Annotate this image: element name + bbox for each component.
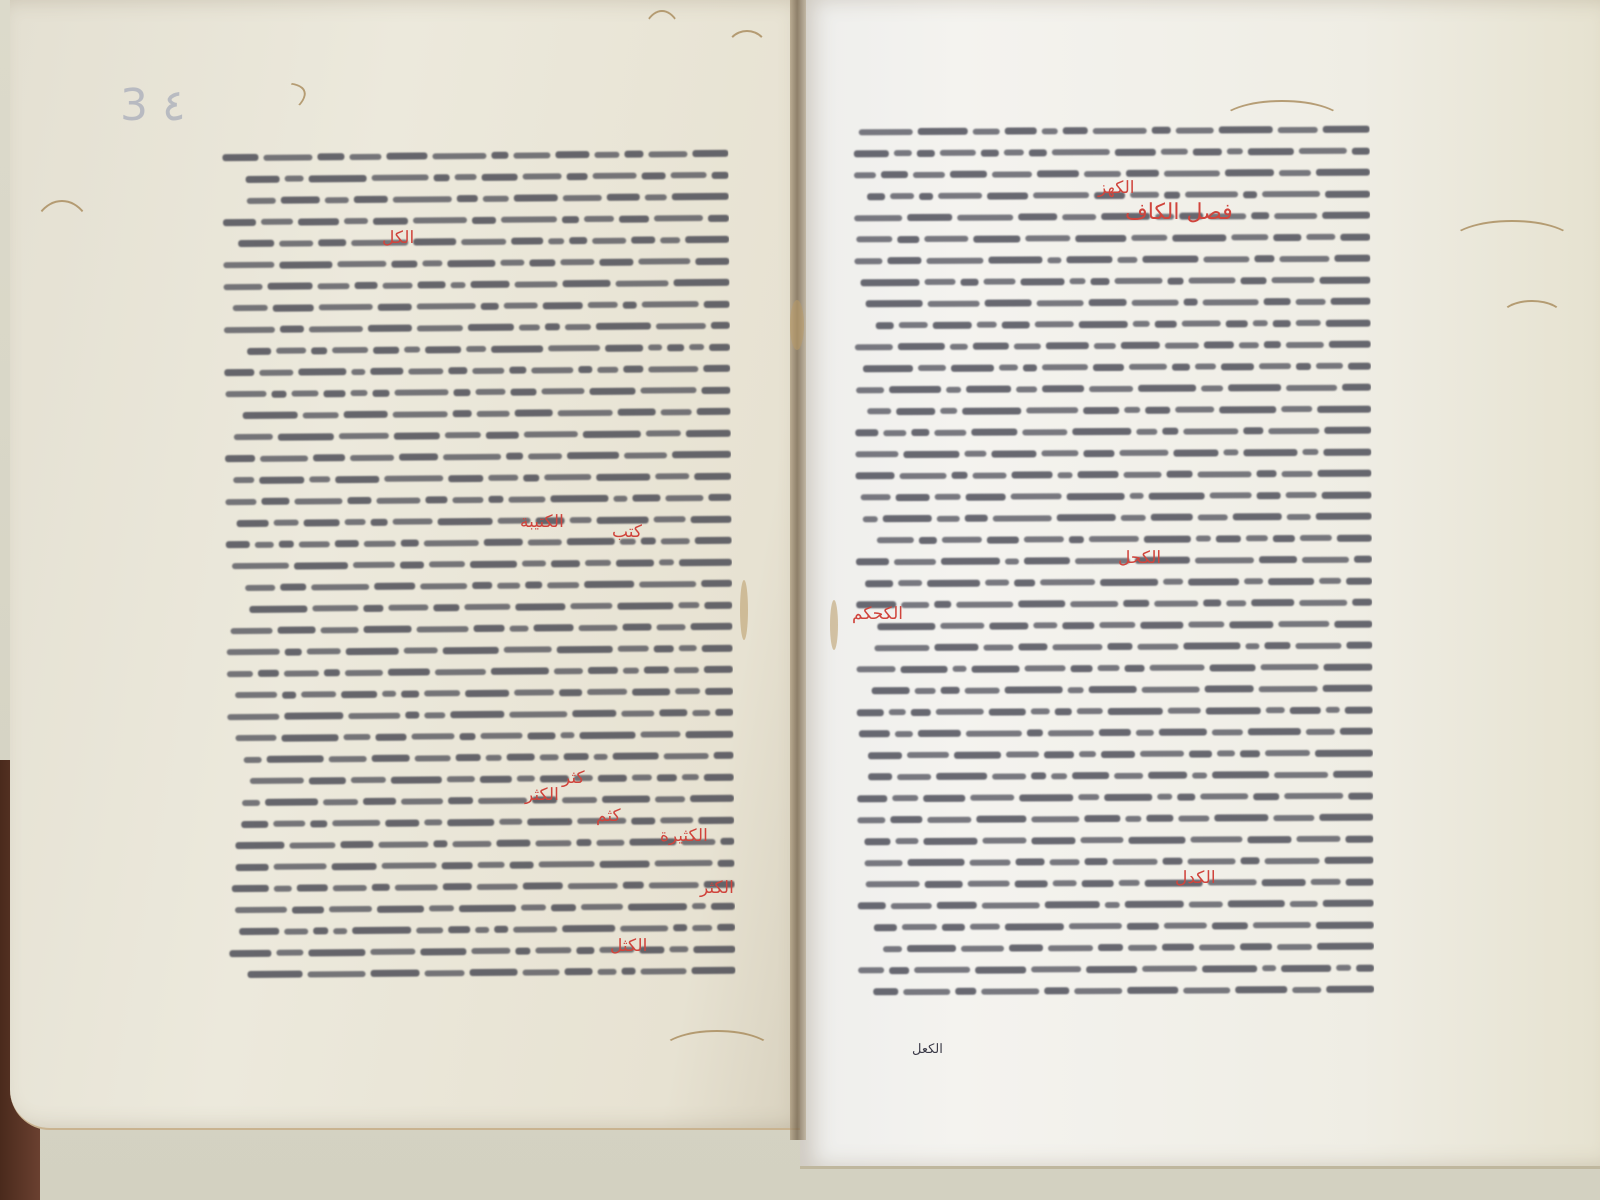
word-stroke (671, 172, 707, 178)
word-stroke (1279, 256, 1329, 262)
word-stroke (999, 365, 1018, 371)
word-stroke (547, 582, 579, 588)
word-stroke (623, 667, 639, 673)
word-stroke (491, 345, 543, 352)
word-stroke (363, 798, 396, 805)
word-stroke (333, 885, 367, 891)
word-stroke (592, 237, 626, 243)
word-stroke (1168, 708, 1201, 714)
word-stroke (1085, 858, 1108, 865)
word-stroke (966, 386, 1011, 393)
word-stroke (1243, 191, 1257, 198)
word-stroke (510, 625, 529, 631)
word-stroke (961, 945, 1004, 951)
word-stroke (1225, 169, 1274, 176)
word-stroke (669, 946, 688, 952)
word-stroke (527, 818, 572, 825)
word-stroke (1248, 148, 1294, 155)
word-stroke (1354, 556, 1372, 563)
word-stroke (923, 837, 977, 844)
word-stroke (237, 520, 269, 527)
word-stroke (386, 153, 427, 160)
word-stroke (1228, 900, 1285, 907)
word-stroke (1300, 535, 1332, 541)
word-stroke (321, 627, 359, 633)
word-stroke (1014, 579, 1035, 586)
word-stroke (1259, 686, 1318, 692)
word-stroke (1107, 643, 1132, 650)
word-stroke (1019, 794, 1073, 801)
word-stroke (510, 388, 536, 395)
word-stroke (1011, 494, 1062, 500)
word-stroke (859, 129, 913, 135)
word-stroke (227, 649, 280, 655)
word-stroke (927, 816, 971, 822)
word-stroke (867, 408, 891, 414)
word-stroke (1195, 364, 1216, 370)
word-stroke (528, 539, 562, 545)
word-stroke (227, 671, 253, 677)
word-stroke (982, 902, 1040, 908)
word-stroke (1075, 235, 1126, 242)
word-stroke (594, 754, 608, 760)
word-stroke (1053, 880, 1077, 886)
word-stroke (1326, 707, 1340, 713)
word-stroke (678, 602, 699, 608)
word-stroke (933, 321, 972, 328)
word-stroke (863, 516, 878, 522)
word-stroke (235, 692, 277, 698)
word-stroke (429, 561, 465, 567)
word-stroke (246, 175, 280, 182)
word-stroke (292, 906, 324, 913)
word-stroke (1251, 599, 1294, 606)
word-stroke (672, 193, 729, 200)
word-stroke (970, 795, 1014, 801)
word-stroke (1024, 537, 1064, 543)
word-stroke (420, 583, 467, 589)
manuscript-line (851, 441, 1371, 465)
word-stroke (1182, 321, 1221, 327)
word-stroke (874, 645, 929, 651)
word-stroke (895, 838, 918, 844)
word-stroke (897, 774, 931, 780)
word-stroke (682, 774, 699, 780)
word-stroke (1295, 643, 1341, 649)
word-stroke (1286, 492, 1317, 498)
rubric-word: الكثل (610, 936, 647, 956)
word-stroke (384, 476, 443, 483)
word-stroke (632, 688, 670, 695)
word-stroke (311, 584, 369, 591)
word-stroke (475, 927, 489, 933)
left-page-text-block (218, 143, 735, 987)
word-stroke (429, 905, 454, 911)
word-stroke (1235, 986, 1287, 993)
word-stroke (471, 948, 510, 954)
manuscript-line (853, 678, 1373, 702)
manuscript-line (854, 893, 1374, 917)
word-stroke (1221, 363, 1254, 370)
word-stroke (1058, 472, 1073, 478)
word-stroke (1074, 988, 1122, 994)
word-stroke (1346, 577, 1372, 584)
word-stroke (613, 495, 627, 501)
word-stroke (1154, 600, 1198, 606)
word-stroke (1132, 299, 1179, 305)
word-stroke (1316, 513, 1372, 520)
word-stroke (655, 796, 685, 802)
word-stroke (859, 730, 890, 737)
word-stroke (568, 883, 618, 889)
word-stroke (432, 153, 486, 159)
word-stroke (242, 800, 260, 806)
manuscript-line (854, 850, 1374, 874)
word-stroke (562, 216, 579, 223)
word-stroke (907, 752, 949, 758)
word-stroke (514, 195, 558, 202)
word-stroke (1094, 343, 1116, 349)
word-stroke (558, 410, 613, 416)
word-stroke (594, 151, 619, 157)
word-stroke (415, 755, 451, 761)
word-stroke (951, 364, 994, 371)
word-stroke (567, 452, 619, 459)
word-stroke (225, 391, 266, 397)
word-stroke (1189, 278, 1236, 284)
word-stroke (529, 259, 555, 266)
word-stroke (1077, 708, 1103, 714)
manuscript-line (852, 592, 1372, 616)
word-stroke (708, 215, 729, 222)
word-stroke (514, 690, 554, 696)
word-stroke (470, 560, 517, 567)
word-stroke (570, 517, 592, 523)
word-stroke (557, 646, 613, 653)
word-stroke (1115, 278, 1163, 284)
word-stroke (309, 175, 367, 183)
word-stroke (623, 624, 652, 631)
word-stroke (940, 408, 957, 414)
word-stroke (937, 516, 960, 522)
word-stroke (1178, 815, 1209, 821)
word-stroke (1282, 471, 1313, 477)
word-stroke (351, 369, 365, 375)
word-stroke (966, 730, 1022, 736)
book-gutter (790, 0, 806, 1140)
word-stroke (510, 861, 534, 868)
word-stroke (950, 171, 987, 178)
word-stroke (374, 583, 415, 590)
word-stroke (1268, 428, 1319, 434)
word-stroke (685, 731, 733, 738)
word-stroke (225, 499, 256, 505)
word-stroke (598, 969, 617, 975)
word-stroke (1089, 536, 1139, 542)
word-stroke (486, 431, 519, 438)
word-stroke (717, 924, 735, 931)
worm-track (30, 200, 94, 284)
word-stroke (258, 670, 279, 677)
word-stroke (447, 819, 494, 826)
word-stroke (628, 903, 687, 911)
word-stroke (310, 820, 327, 827)
word-stroke (567, 173, 588, 180)
word-stroke (1317, 405, 1371, 412)
word-stroke (1324, 427, 1371, 434)
word-stroke (659, 560, 674, 566)
word-stroke (1214, 814, 1268, 821)
word-stroke (260, 455, 308, 461)
word-stroke (1254, 255, 1274, 262)
word-stroke (543, 302, 583, 309)
word-stroke (417, 325, 463, 331)
word-stroke (504, 303, 538, 309)
word-stroke (596, 323, 651, 330)
word-stroke (225, 455, 255, 462)
word-stroke (372, 755, 410, 762)
word-stroke (1018, 644, 1047, 651)
word-stroke (378, 841, 428, 847)
word-stroke (1185, 192, 1238, 198)
word-stroke (679, 559, 732, 566)
word-stroke (1203, 600, 1221, 607)
word-stroke (961, 278, 979, 285)
word-stroke (692, 925, 712, 931)
word-stroke (268, 283, 313, 290)
word-stroke (618, 409, 656, 416)
manuscript-line (852, 484, 1372, 508)
manuscript-line (852, 613, 1372, 637)
word-stroke (517, 776, 535, 782)
word-stroke (1348, 792, 1373, 799)
word-stroke (876, 322, 894, 329)
word-stroke (953, 666, 967, 672)
word-stroke (624, 452, 667, 458)
word-stroke (1123, 600, 1149, 607)
word-stroke (1190, 837, 1242, 843)
word-stroke (1078, 471, 1119, 478)
word-stroke (1014, 343, 1041, 349)
word-stroke (480, 775, 512, 782)
word-stroke (965, 687, 1000, 693)
word-stroke (1296, 299, 1326, 305)
word-stroke (297, 885, 328, 892)
word-stroke (1100, 579, 1158, 586)
word-stroke (382, 691, 396, 697)
word-stroke (1025, 235, 1070, 241)
word-stroke (661, 409, 692, 415)
word-stroke (1193, 148, 1222, 155)
word-stroke (966, 493, 1006, 500)
word-stroke (1204, 342, 1234, 349)
word-stroke (1206, 707, 1261, 714)
word-stroke (451, 282, 466, 288)
word-stroke (484, 539, 523, 546)
word-stroke (351, 777, 386, 783)
word-stroke (899, 322, 928, 328)
word-stroke (1278, 127, 1318, 133)
rubric-word: الكل (382, 228, 414, 248)
word-stroke (350, 454, 394, 460)
word-stroke (1149, 492, 1205, 499)
word-stroke (455, 174, 477, 180)
word-stroke (1322, 491, 1372, 498)
word-stroke (1228, 384, 1281, 391)
word-stroke (1290, 707, 1321, 714)
word-stroke (657, 774, 677, 781)
word-stroke (1150, 665, 1205, 671)
word-stroke (692, 903, 706, 909)
word-stroke (1040, 579, 1095, 585)
word-stroke (599, 258, 633, 265)
word-stroke (224, 369, 254, 376)
word-stroke (593, 173, 637, 179)
word-stroke (500, 260, 524, 266)
word-stroke (1114, 773, 1143, 779)
manuscript-line (852, 635, 1372, 659)
word-stroke (222, 154, 258, 161)
word-stroke (344, 411, 388, 418)
word-stroke (689, 344, 704, 350)
word-stroke (364, 540, 396, 546)
word-stroke (896, 408, 935, 415)
word-stroke (448, 475, 483, 482)
word-stroke (856, 236, 892, 242)
word-stroke (461, 238, 506, 244)
word-stroke (1157, 794, 1172, 800)
word-stroke (1163, 858, 1183, 865)
word-stroke (1281, 965, 1331, 972)
manuscript-line (852, 527, 1372, 551)
word-stroke (1316, 921, 1374, 928)
word-stroke (1018, 600, 1065, 607)
word-stroke (924, 236, 968, 242)
word-stroke (299, 541, 330, 547)
word-stroke (1068, 687, 1084, 693)
word-stroke (340, 841, 373, 848)
word-stroke (607, 194, 640, 201)
word-stroke (324, 669, 340, 676)
word-stroke (1262, 965, 1276, 971)
word-stroke (247, 197, 276, 203)
word-stroke (550, 495, 608, 503)
word-stroke (1121, 515, 1146, 521)
word-stroke (927, 579, 980, 586)
word-stroke (535, 947, 571, 953)
word-stroke (624, 151, 643, 158)
word-stroke (1168, 277, 1184, 284)
word-stroke (425, 497, 447, 504)
word-stroke (1104, 794, 1152, 801)
word-stroke (347, 497, 371, 504)
word-stroke (703, 365, 730, 372)
word-stroke (1219, 406, 1276, 413)
word-stroke (970, 859, 1011, 865)
word-stroke (983, 644, 1013, 650)
word-stroke (1198, 514, 1228, 520)
word-stroke (973, 343, 1009, 350)
word-stroke (289, 842, 335, 848)
word-stroke (911, 709, 931, 716)
word-stroke (274, 864, 327, 870)
word-stroke (675, 688, 700, 694)
word-stroke (323, 799, 358, 805)
word-stroke (1292, 987, 1321, 993)
word-stroke (1188, 858, 1236, 864)
word-stroke (348, 712, 400, 718)
word-stroke (343, 734, 370, 740)
word-stroke (280, 326, 304, 333)
word-stroke (339, 433, 389, 439)
word-stroke (659, 709, 687, 716)
word-stroke (973, 235, 1020, 242)
word-stroke (457, 195, 478, 202)
word-stroke (976, 816, 1026, 823)
word-stroke (695, 537, 732, 544)
word-stroke (585, 560, 611, 566)
word-stroke (1089, 686, 1137, 693)
word-stroke (298, 218, 339, 225)
word-stroke (424, 690, 460, 696)
word-stroke (985, 300, 1032, 307)
word-stroke (1037, 300, 1084, 306)
word-stroke (1323, 685, 1373, 692)
word-stroke (858, 967, 884, 973)
manuscript-line (850, 205, 1370, 229)
word-stroke (973, 472, 1007, 478)
word-stroke (618, 646, 649, 652)
word-stroke (308, 971, 366, 978)
manuscript-line (853, 828, 1373, 852)
word-stroke (638, 258, 690, 264)
word-stroke (1212, 729, 1243, 735)
word-stroke (1212, 771, 1269, 778)
word-stroke (1233, 513, 1282, 520)
word-stroke (394, 389, 448, 395)
word-stroke (1306, 729, 1335, 735)
word-stroke (1286, 342, 1324, 348)
word-stroke (1125, 901, 1184, 908)
word-stroke (523, 969, 560, 975)
word-stroke (868, 773, 892, 780)
word-stroke (424, 820, 442, 826)
word-stroke (345, 519, 366, 525)
word-stroke (453, 410, 472, 417)
word-stroke (569, 237, 587, 244)
word-stroke (261, 498, 289, 505)
word-stroke (424, 712, 445, 718)
word-stroke (856, 387, 884, 393)
word-stroke (329, 906, 372, 912)
word-stroke (1078, 794, 1099, 800)
word-stroke (579, 625, 618, 631)
word-stroke (231, 628, 273, 634)
word-stroke (459, 733, 475, 740)
word-stroke (1296, 320, 1321, 326)
word-stroke (363, 605, 383, 612)
word-stroke (238, 240, 274, 247)
word-stroke (443, 883, 472, 890)
word-stroke (972, 665, 1020, 672)
manuscript-line (853, 764, 1373, 788)
word-stroke (559, 689, 582, 696)
word-stroke (243, 412, 298, 419)
word-stroke (1198, 471, 1252, 477)
word-stroke (702, 645, 733, 652)
word-stroke (855, 429, 878, 436)
word-stroke (1067, 493, 1125, 500)
